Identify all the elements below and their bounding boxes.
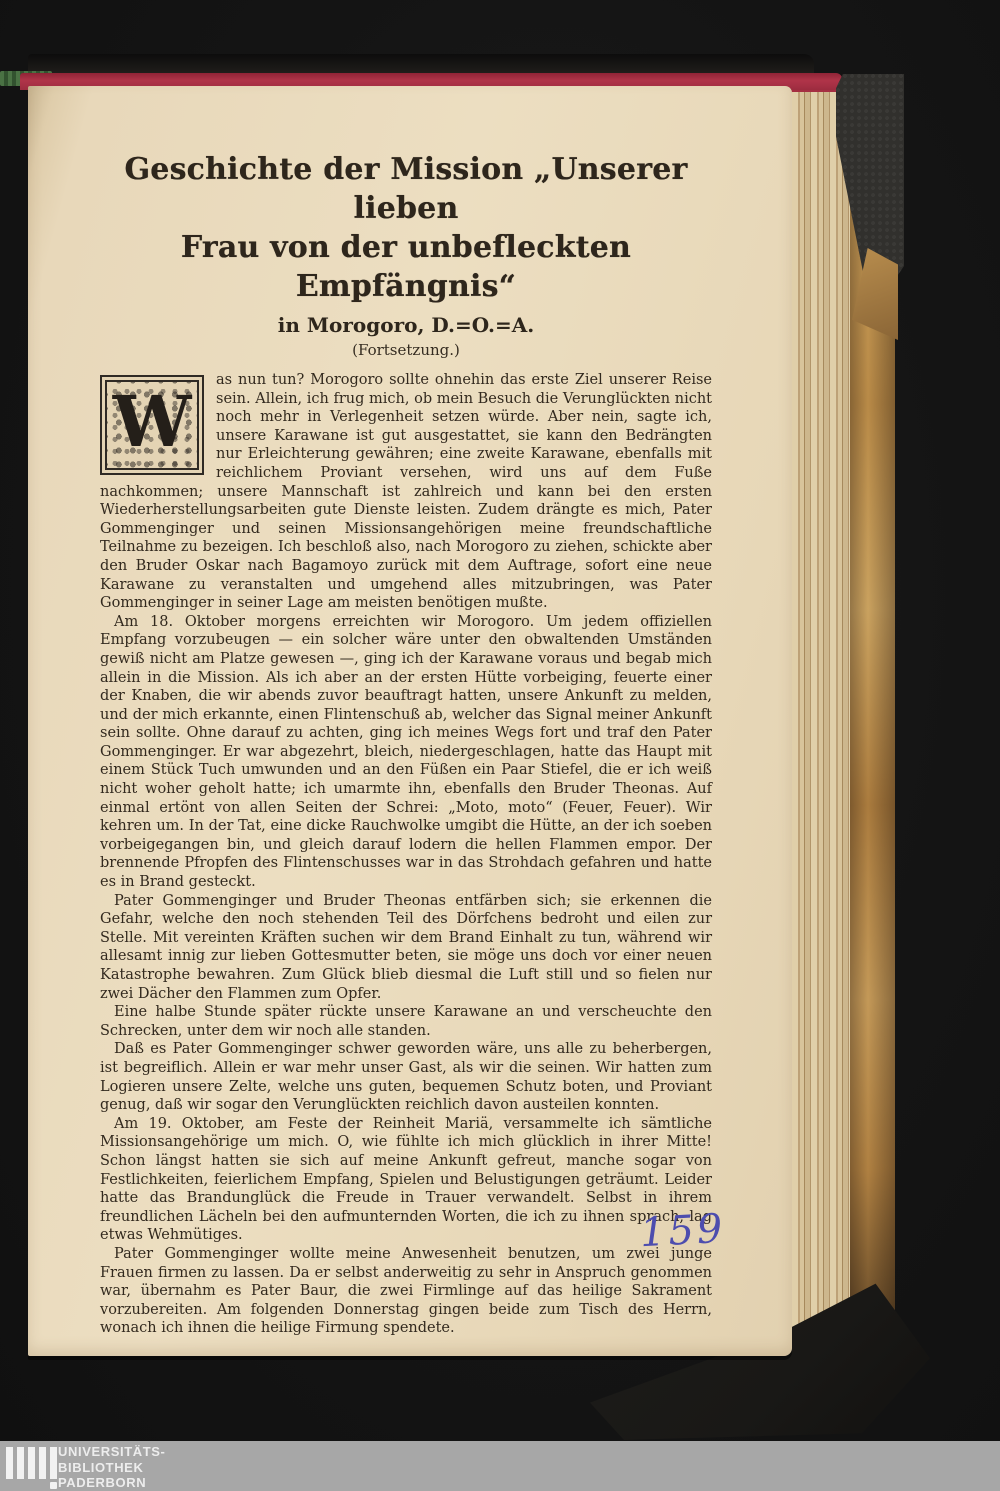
article-title-line2: Frau von der unbefleckten Empfängnis“ (181, 230, 631, 304)
continuation-note: (Fortsetzung.) (100, 341, 712, 359)
library-name: UNIVERSITÄTS- BIBLIOTHEK PADERBORN (58, 1444, 165, 1491)
logo-bar (28, 1447, 35, 1479)
library-logo-bars-icon (6, 1447, 60, 1489)
scanned-book-photo: Geschichte der Mission „Unserer lieben F… (0, 0, 1000, 1491)
article-body: Was nun tun? Morogoro sollte ohnehin das… (100, 371, 712, 1338)
library-name-line2: BIBLIOTHEK (58, 1460, 165, 1476)
paragraph: Pater Gommenginger und Bruder Theonas en… (100, 892, 712, 1004)
logo-bar (17, 1447, 24, 1479)
ornamental-drop-cap: W (100, 375, 204, 475)
article-title-line1: Geschichte der Mission „Unserer lieben (124, 152, 687, 226)
handwritten-page-number: 159 (639, 1206, 727, 1256)
paragraph: Pater Gommenginger wollte meine Anwesenh… (100, 1245, 712, 1338)
paragraph: Eine halbe Stunde später rückte unsere K… (100, 1003, 712, 1040)
library-name-line3: PADERBORN (58, 1475, 165, 1491)
library-footer-bar: UNIVERSITÄTS- BIBLIOTHEK PADERBORN (0, 1441, 1000, 1491)
logo-bar (6, 1447, 13, 1479)
logo-bar (50, 1447, 57, 1479)
paragraph: Daß es Pater Gommenginger schwer geworde… (100, 1040, 712, 1114)
paragraph: Am 18. Oktober morgens erreichten wir Mo… (100, 613, 712, 892)
book-page: Geschichte der Mission „Unserer lieben F… (28, 86, 792, 1356)
stacked-page-edges (792, 92, 852, 1330)
logo-bar (39, 1447, 46, 1479)
article-subtitle: in Morogoro, D.=O.=A. (100, 313, 712, 337)
library-name-line1: UNIVERSITÄTS- (58, 1444, 165, 1460)
page-content: Geschichte der Mission „Unserer lieben F… (100, 86, 712, 1338)
logo-exclamation-dot (50, 1482, 57, 1489)
paragraph: Was nun tun? Morogoro sollte ohnehin das… (100, 371, 712, 613)
paragraph: Am 19. Oktober, am Feste der Reinheit Ma… (100, 1115, 712, 1245)
article-title: Geschichte der Mission „Unserer lieben F… (100, 150, 712, 306)
